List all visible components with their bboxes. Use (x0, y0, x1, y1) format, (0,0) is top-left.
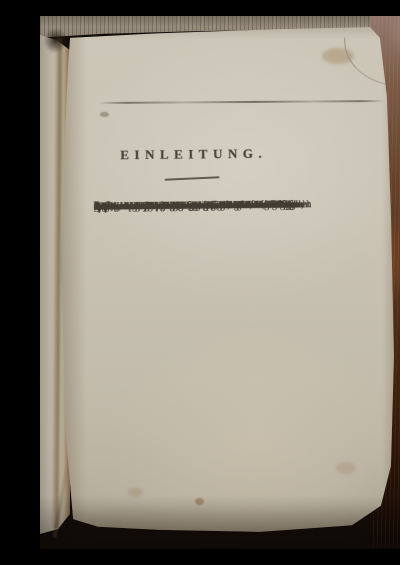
heading-rule (165, 176, 220, 180)
text-line: züge von demjenigen, was, ich weifs nich… (94, 200, 299, 213)
body-text: W ie alle bisher vorgelegten gröfseren G… (94, 199, 385, 202)
chapter-heading: EINLEITUNG. (120, 146, 267, 164)
text-lines: spräche des Platon, so ist auch dieses i… (94, 199, 385, 202)
page-content: EINLEITUNG. W ie alle bisher vorgelegten… (40, 16, 400, 549)
book-photo: EINLEITUNG. W ie alle bisher vorgelegten… (40, 16, 400, 549)
